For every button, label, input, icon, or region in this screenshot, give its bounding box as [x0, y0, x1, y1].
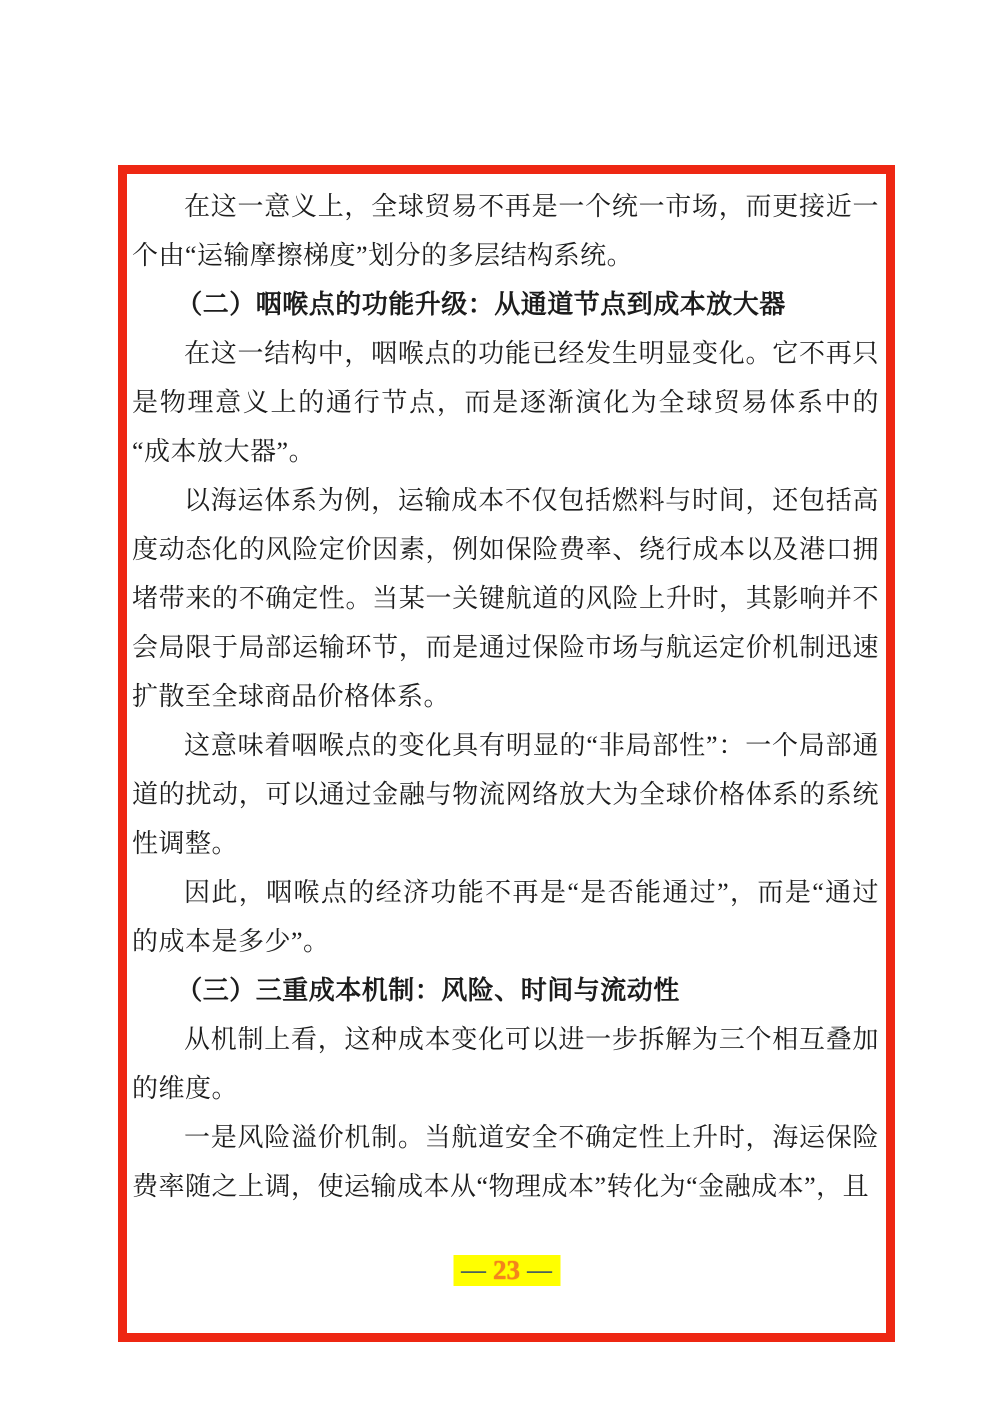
page-border-frame: 在这一意义上，全球贸易不再是一个统一市场，而更接近一个由“运输摩擦梯度”划分的多…: [118, 165, 895, 1342]
body-paragraph: 因此，咽喉点的经济功能不再是“是否能通过”，而是“通过的成本是多少”。: [132, 868, 879, 966]
body-paragraph: 从机制上看，这种成本变化可以进一步拆解为三个相互叠加的维度。: [132, 1015, 879, 1113]
page-number: 23: [493, 1255, 520, 1286]
section-heading: （三）三重成本机制：风险、时间与流动性: [132, 966, 879, 1015]
document-page: 在这一意义上，全球贸易不再是一个统一市场，而更接近一个由“运输摩擦梯度”划分的多…: [0, 0, 1000, 1414]
page-number-dash-left: —: [461, 1255, 486, 1286]
page-number-footer: — 23 —: [453, 1255, 560, 1286]
body-paragraph: 一是风险溢价机制。当航道安全不确定性上升时，海运保险费率随之上调，使运输成本从“…: [132, 1113, 879, 1211]
body-paragraph: 在这一意义上，全球贸易不再是一个统一市场，而更接近一个由“运输摩擦梯度”划分的多…: [132, 182, 879, 280]
page-number-dash-right: —: [527, 1255, 552, 1286]
section-heading: （二）咽喉点的功能升级：从通道节点到成本放大器: [132, 280, 879, 329]
page-content: 在这一意义上，全球贸易不再是一个统一市场，而更接近一个由“运输摩擦梯度”划分的多…: [132, 182, 879, 1211]
body-paragraph: 在这一结构中，咽喉点的功能已经发生明显变化。它不再只是物理意义上的通行节点，而是…: [132, 329, 879, 476]
body-paragraph: 以海运体系为例，运输成本不仅包括燃料与时间，还包括高度动态化的风险定价因素，例如…: [132, 476, 879, 721]
body-paragraph: 这意味着咽喉点的变化具有明显的“非局部性”：一个局部通道的扰动，可以通过金融与物…: [132, 721, 879, 868]
